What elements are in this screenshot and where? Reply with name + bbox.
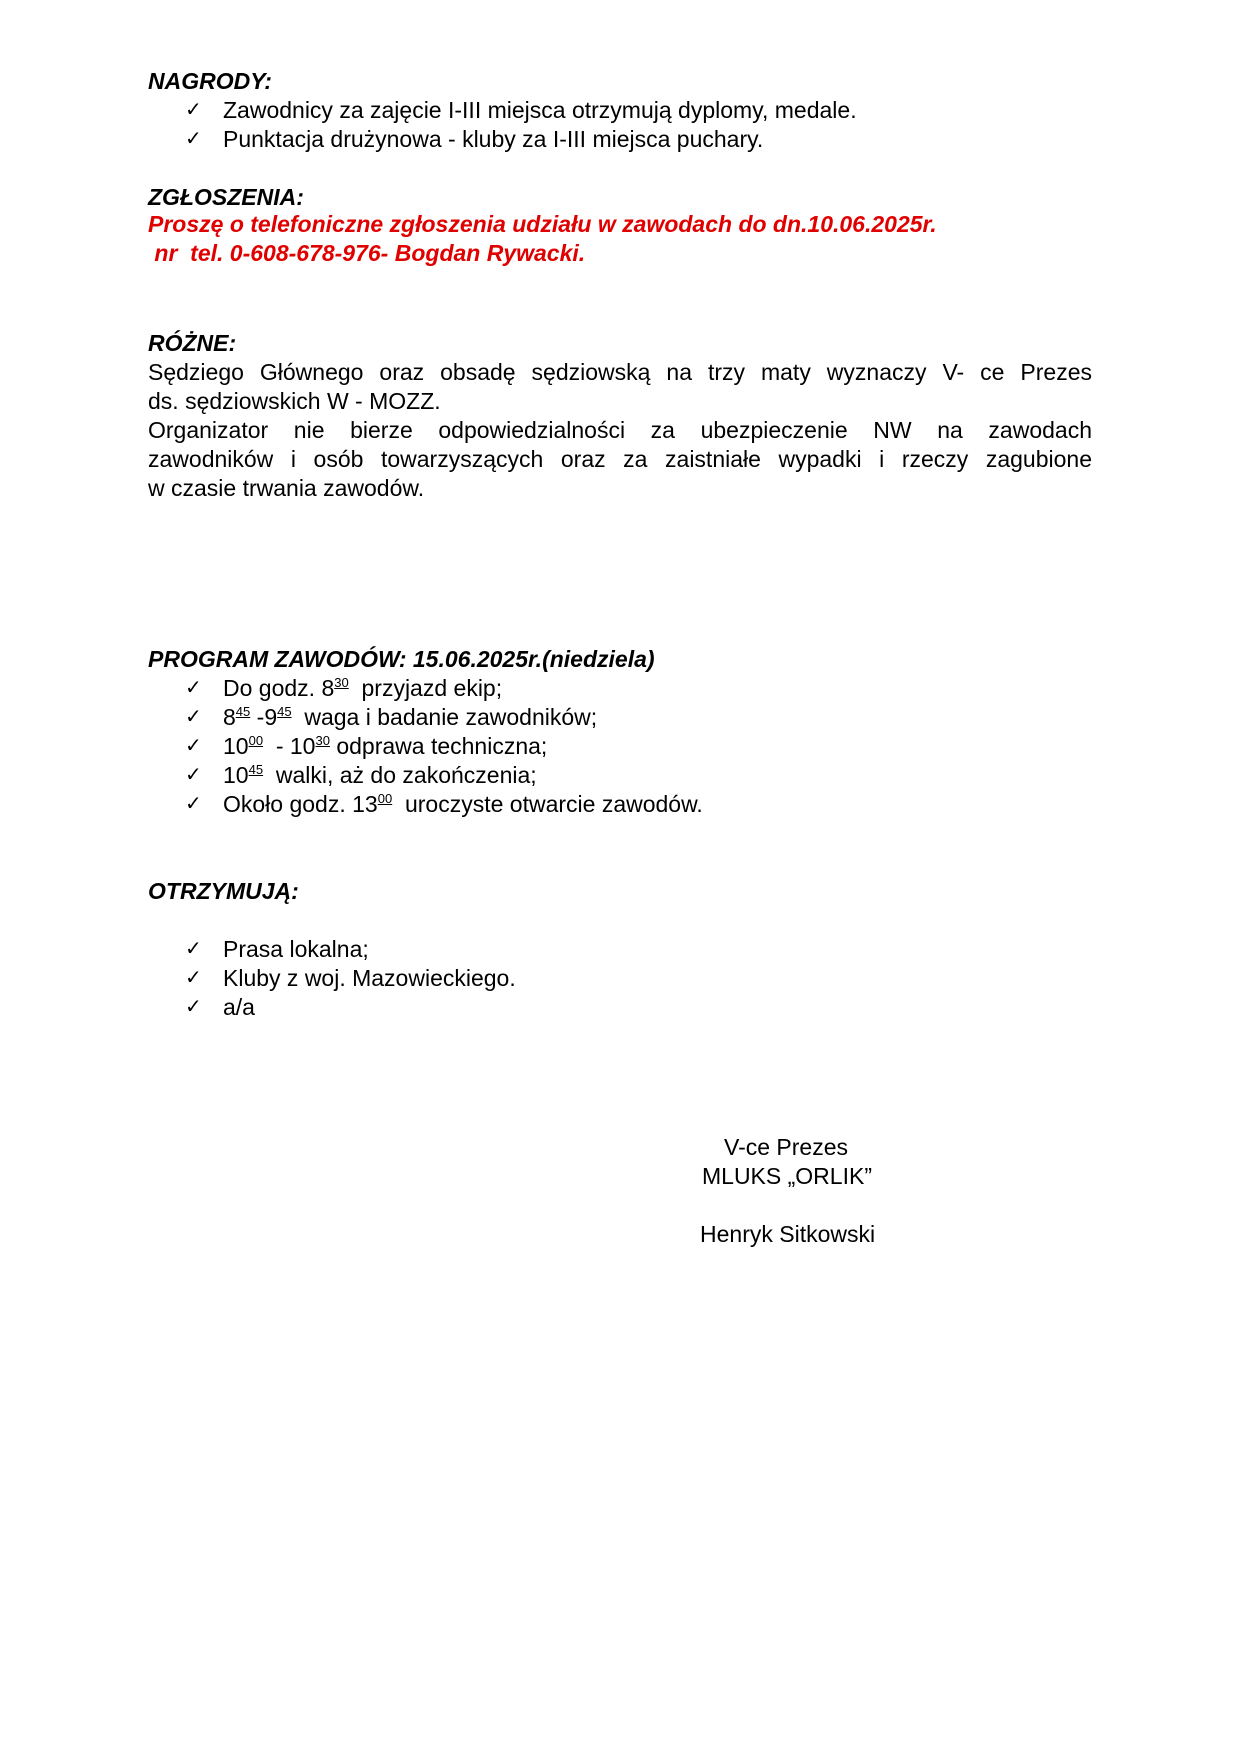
schedule-item: ✓ 845 -945 waga i badanie zawodników; [185,703,703,732]
program-list: ✓ Do godz. 830 przyjazd ekip; ✓ 845 -945… [185,674,703,819]
schedule-item-text: 1000 - 1030 odprawa techniczna; [223,732,547,761]
checkmark-icon: ✓ [185,790,223,819]
list-item: ✓ Zawodnicy za zajęcie I-III miejsca otr… [185,96,857,125]
list-item-text: Punktacja drużynowa - kluby za I-III mie… [223,125,763,154]
section-heading-zgloszenia: ZGŁOSZENIA: [148,183,1092,211]
checkmark-icon: ✓ [185,674,223,703]
nagrody-list: ✓ Zawodnicy za zajęcie I-III miejsca otr… [185,96,857,154]
rozne-para1-line1: Sędziego Głównego oraz obsadę sędziowską… [148,358,1092,387]
list-item: ✓ Prasa lokalna; [185,935,516,964]
rozne-para2-line1: Organizator nie bierze odpowiedzialności… [148,416,1092,445]
list-item-text: a/a [223,993,255,1022]
checkmark-icon: ✓ [185,125,223,154]
list-item: ✓ Kluby z woj. Mazowieckiego. [185,964,516,993]
section-heading-otrzymuja: OTRZYMUJĄ: [148,877,1092,905]
checkmark-icon: ✓ [185,703,223,732]
rozne-para1-line2: ds. sędziowskich W - MOZZ. [148,387,1092,416]
section-heading-nagrody: NAGRODY: [148,67,1092,95]
checkmark-icon: ✓ [185,96,223,125]
list-item: ✓ Punktacja drużynowa - kluby za I-III m… [185,125,857,154]
schedule-item-text: Do godz. 830 przyjazd ekip; [223,674,502,703]
registration-phone-text: nr tel. 0-608-678-976- Bogdan Rywacki. [148,239,1092,268]
list-item: ✓ a/a [185,993,516,1022]
rozne-para2-line3: w czasie trwania zawodów. [148,474,1092,503]
section-heading-rozne: RÓŻNE: [148,329,1092,357]
rozne-para2-line2: zawodników i osób towarzyszących oraz za… [148,445,1092,474]
signature-name: Henryk Sitkowski [700,1220,875,1249]
registration-deadline-text: Proszę o telefoniczne zgłoszenia udziału… [148,210,1092,239]
schedule-item: ✓ 1045 walki, aż do zakończenia; [185,761,703,790]
list-item-text: Prasa lokalna; [223,935,369,964]
signature-title: V-ce Prezes [724,1133,848,1162]
schedule-item: ✓ 1000 - 1030 odprawa techniczna; [185,732,703,761]
document-page: NAGRODY: ✓ Zawodnicy za zajęcie I-III mi… [0,0,1241,1755]
recipients-list: ✓ Prasa lokalna; ✓ Kluby z woj. Mazowiec… [185,935,516,1022]
schedule-item-text: 845 -945 waga i badanie zawodników; [223,703,597,732]
list-item-text: Zawodnicy za zajęcie I-III miejsca otrzy… [223,96,857,125]
checkmark-icon: ✓ [185,935,223,964]
signature-organization: MLUKS „ORLIK” [702,1162,872,1191]
list-item-text: Kluby z woj. Mazowieckiego. [223,964,516,993]
checkmark-icon: ✓ [185,964,223,993]
checkmark-icon: ✓ [185,732,223,761]
section-heading-program: PROGRAM ZAWODÓW: 15.06.2025r.(niedziela) [148,645,1092,673]
checkmark-icon: ✓ [185,993,223,1022]
schedule-item-text: Około godz. 1300 uroczyste otwarcie zawo… [223,790,703,819]
schedule-item-text: 1045 walki, aż do zakończenia; [223,761,537,790]
schedule-item: ✓ Około godz. 1300 uroczyste otwarcie za… [185,790,703,819]
schedule-item: ✓ Do godz. 830 przyjazd ekip; [185,674,703,703]
checkmark-icon: ✓ [185,761,223,790]
